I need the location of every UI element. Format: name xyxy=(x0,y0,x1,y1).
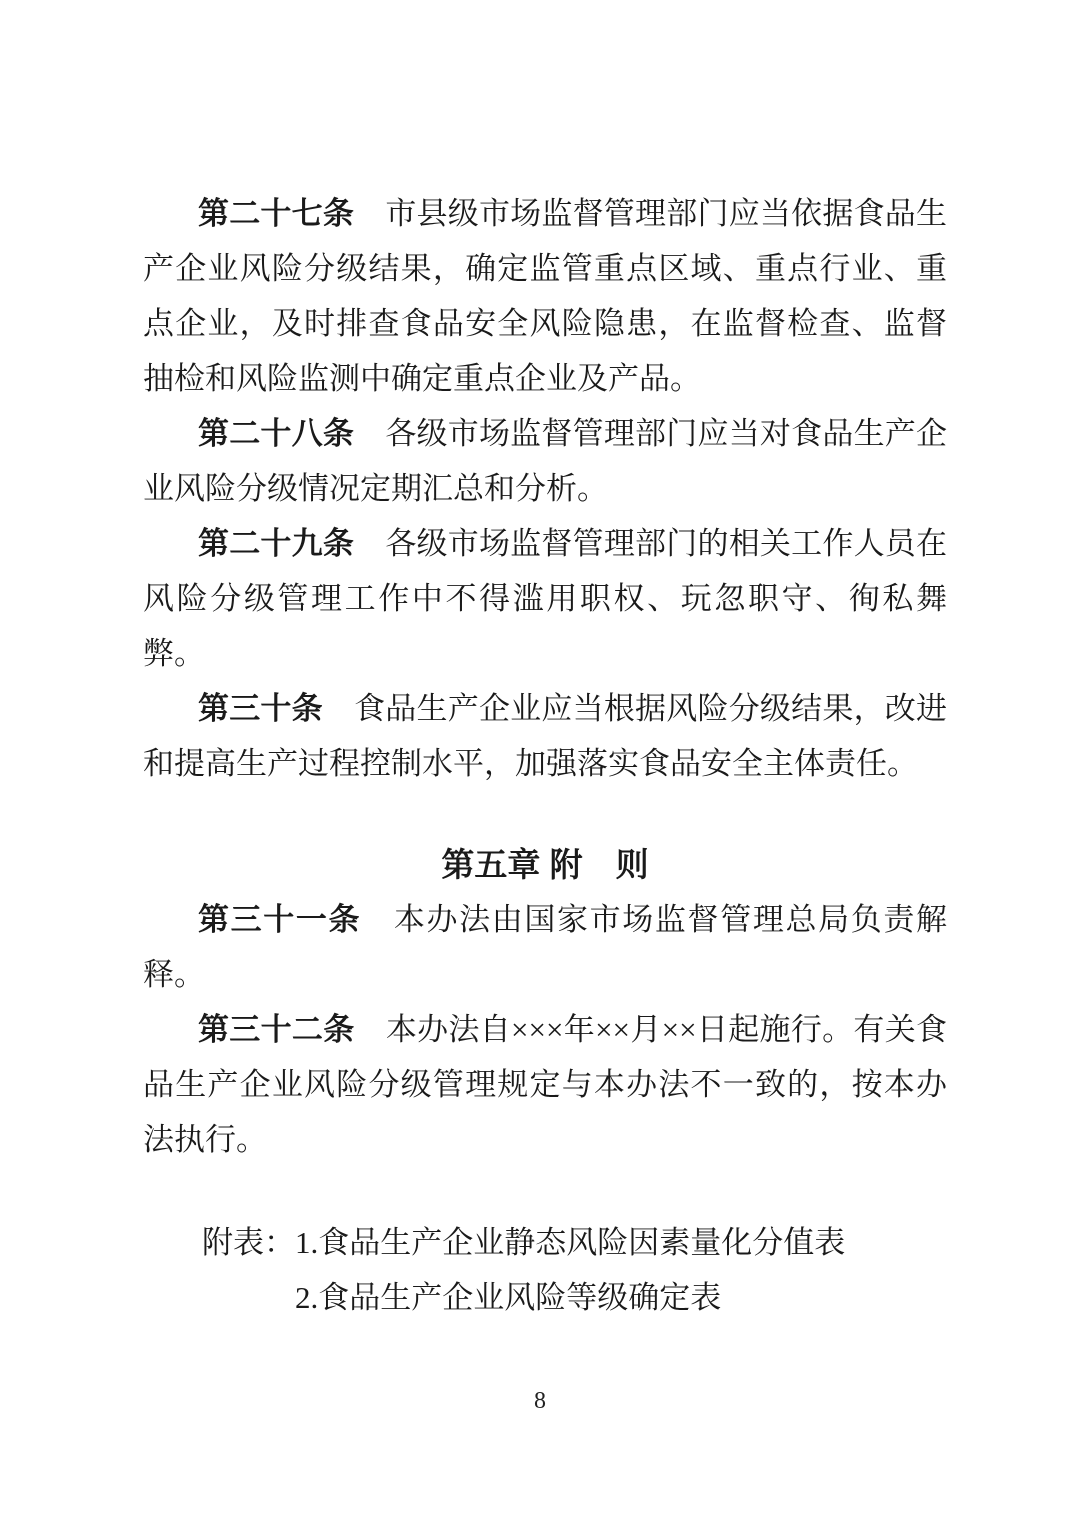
appendix-item-2: 2.食品生产企业风险等级确定表 xyxy=(295,1280,721,1315)
document-page: { "colors": { "page_background": "#fffff… xyxy=(0,0,1080,1526)
page-number: 8 xyxy=(0,1386,1080,1416)
article-30-number: 第三十条 xyxy=(198,691,354,726)
appendix-label: 附表： xyxy=(202,1225,295,1260)
appendix-line-2: 2.食品生产企业风险等级确定表 xyxy=(202,1270,947,1325)
chapter-heading: 第五章 附 则 xyxy=(143,837,947,892)
document-body: 第二十七条市县级市场监督管理部门应当依据食品生产企业风险分级结果，确定监管重点区… xyxy=(143,186,947,1325)
article-27-number: 第二十七条 xyxy=(198,196,385,231)
article-29-paragraph: 第二十九条各级市场监督管理部门的相关工作人员在风险分级管理工作中不得滥用职权、玩… xyxy=(143,516,947,681)
article-32-number: 第三十二条 xyxy=(198,1012,386,1047)
appendix-line-1: 附表：1.食品生产企业静态风险因素量化分值表 xyxy=(202,1215,947,1270)
appendix-item-1: 1.食品生产企业静态风险因素量化分值表 xyxy=(295,1225,845,1260)
article-29-number: 第二十九条 xyxy=(198,526,385,561)
article-31-paragraph: 第三十一条本办法由国家市场监督管理总局负责解释。 xyxy=(143,892,947,1002)
article-31-number: 第三十一条 xyxy=(198,902,394,937)
article-32-paragraph: 第三十二条本办法自×××年××月××日起施行。有关食品生产企业风险分级管理规定与… xyxy=(143,1002,947,1167)
article-28-number: 第二十八条 xyxy=(198,416,385,451)
appendix-list: 附表：1.食品生产企业静态风险因素量化分值表 2.食品生产企业风险等级确定表 xyxy=(202,1215,947,1325)
article-30-paragraph: 第三十条食品生产企业应当根据风险分级结果，改进和提高生产过程控制水平，加强落实食… xyxy=(143,681,947,791)
article-27-paragraph: 第二十七条市县级市场监督管理部门应当依据食品生产企业风险分级结果，确定监管重点区… xyxy=(143,186,947,406)
article-28-paragraph: 第二十八条各级市场监督管理部门应当对食品生产企业风险分级情况定期汇总和分析。 xyxy=(143,406,947,516)
